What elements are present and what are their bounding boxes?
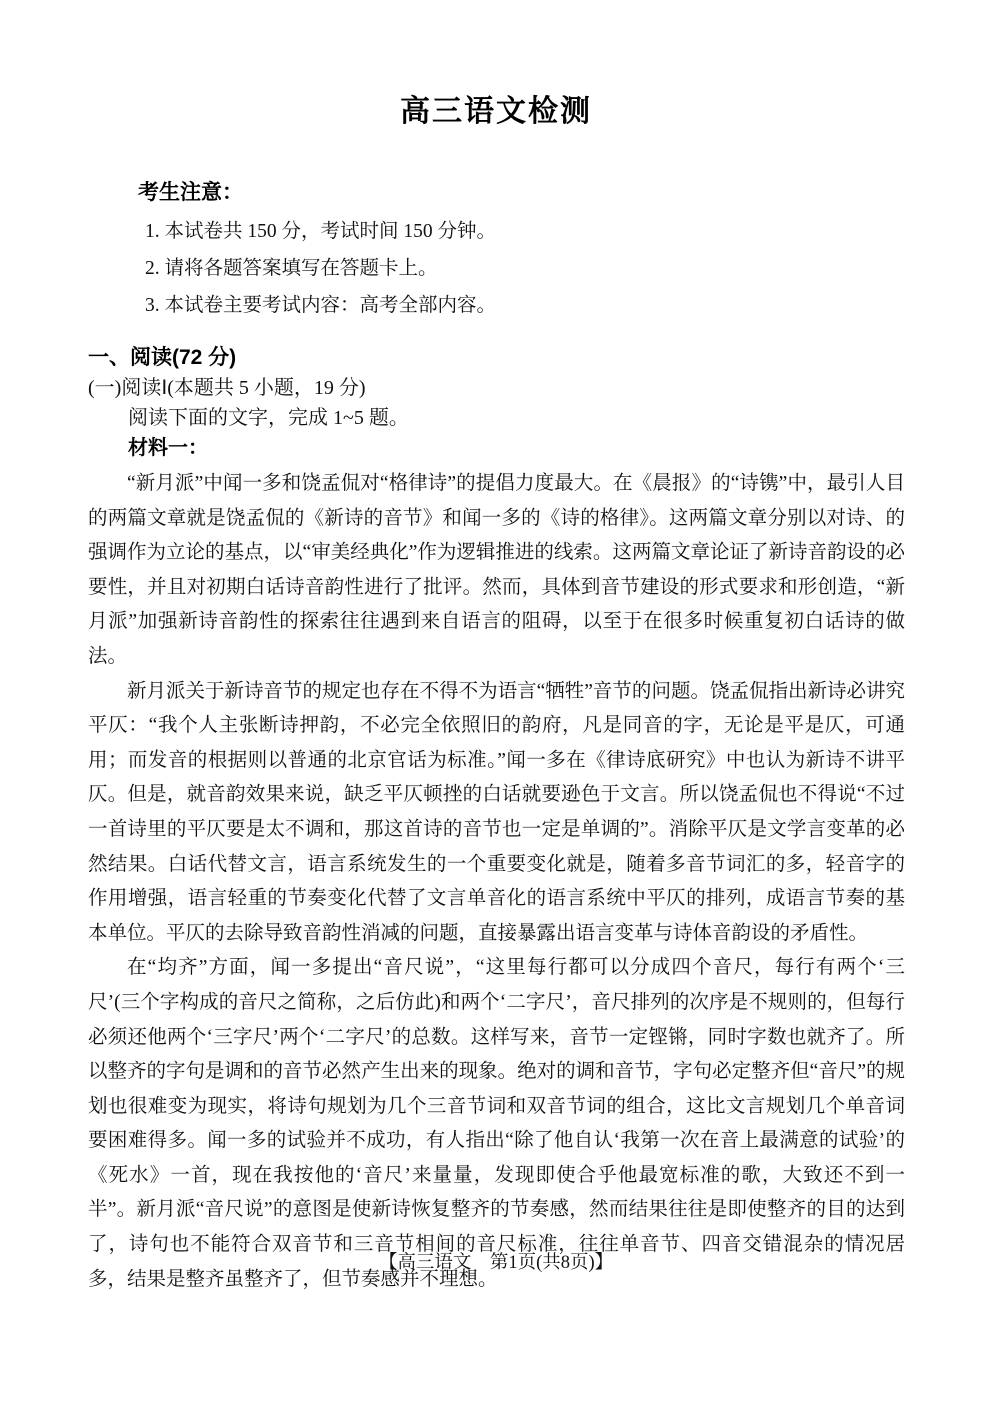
reading-section-header: 一、阅读(72 分) (一)阅读Ⅰ(本题共 5 小题，19 分) 阅读下面的文字…: [88, 343, 905, 463]
notice-item-3: 3. 本试卷主要考试内容：高考全部内容。: [145, 294, 905, 317]
page-footer: 【高三语文 第1页(共8页)】: [0, 1248, 992, 1274]
candidate-notice: 考生注意： 1. 本试卷共 150 分，考试时间 150 分钟。 2. 请将各题…: [138, 176, 905, 317]
reading-one-subheading: (一)阅读Ⅰ(本题共 5 小题，19 分): [88, 373, 905, 403]
notice-item-2: 2. 请将各题答案填写在答题卡上。: [145, 257, 905, 280]
exam-page: 高三语文检测 考生注意： 1. 本试卷共 150 分，考试时间 150 分钟。 …: [0, 0, 992, 1402]
page-title: 高三语文检测: [0, 0, 992, 130]
notice-heading: 考生注意：: [138, 176, 905, 206]
reading-instruction: 阅读下面的文字，完成 1~5 题。: [88, 403, 905, 433]
material-paragraph-1: “新月派”中闻一多和饶孟侃对“格律诗”的提倡力度最大。在《晨报》的“诗镌”中，最…: [88, 467, 905, 675]
material-one-body: “新月派”中闻一多和饶孟侃对“格律诗”的提倡力度最大。在《晨报》的“诗镌”中，最…: [88, 467, 905, 1297]
part-one-heading: 一、阅读(72 分): [88, 343, 905, 373]
material-one-label: 材料一：: [88, 433, 905, 463]
notice-item-1: 1. 本试卷共 150 分，考试时间 150 分钟。: [145, 220, 905, 243]
material-paragraph-3: 在“均齐”方面，闻一多提出“音尺说”，“这里每行都可以分成四个音尺，每行有两个‘…: [88, 951, 905, 1297]
material-paragraph-2: 新月派关于新诗音节的规定也存在不得不为语言“牺牲”音节的问题。饶孟侃指出新诗必讲…: [88, 675, 905, 952]
